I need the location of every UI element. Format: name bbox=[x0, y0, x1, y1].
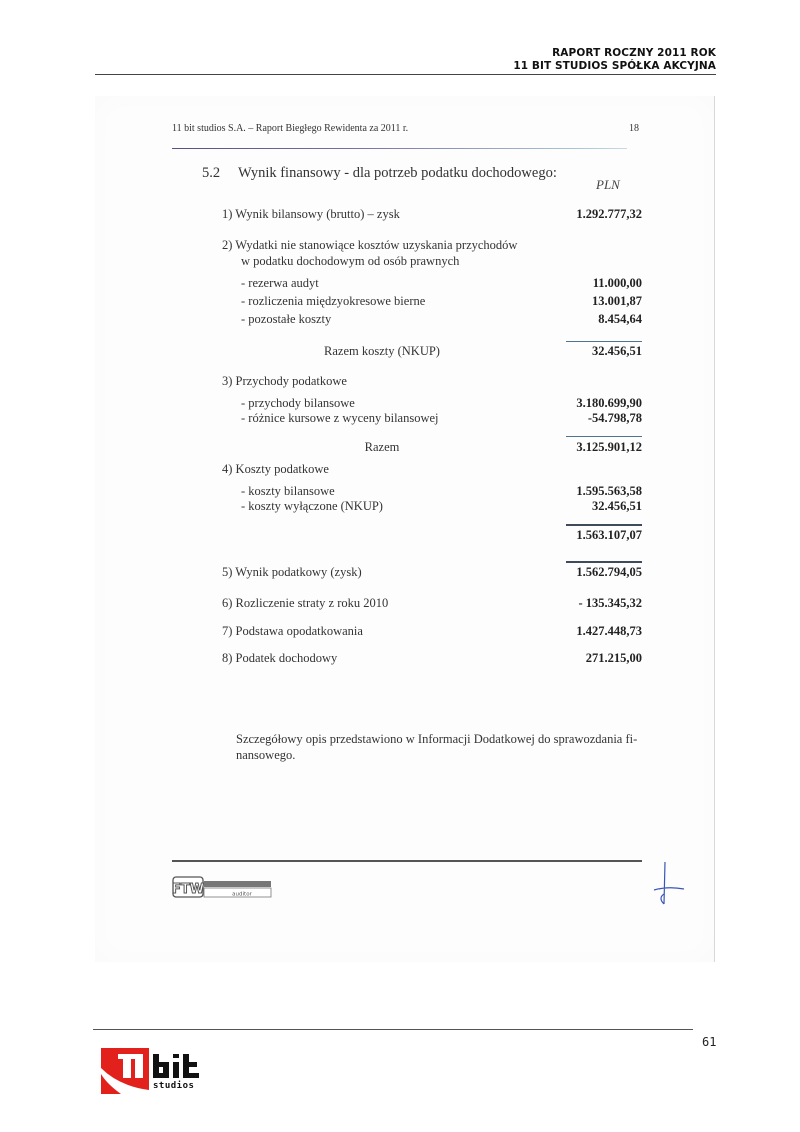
svg-text:FTW: FTW bbox=[172, 882, 204, 897]
sum-rule bbox=[566, 436, 642, 437]
section-title: Wynik finansowy - dla potrzeb podatku do… bbox=[238, 165, 557, 182]
svg-text:studios: studios bbox=[153, 1080, 194, 1091]
sum-rule bbox=[566, 341, 642, 342]
header-divider bbox=[95, 74, 716, 75]
section-number: 5.2 bbox=[202, 165, 220, 182]
sum-rule bbox=[566, 524, 642, 526]
scan-footer-divider bbox=[172, 860, 642, 862]
signature-initial bbox=[648, 860, 688, 915]
footer-divider bbox=[93, 1029, 693, 1030]
report-header: RAPORT ROCZNY 2011 ROK 11 BIT STUDIOS SP… bbox=[513, 47, 716, 73]
note-text: Szczegółowy opis przedstawiono w Informa… bbox=[236, 731, 646, 763]
sum-rule bbox=[566, 561, 642, 563]
page-number: 61 bbox=[702, 1035, 716, 1049]
currency-label: PLN bbox=[596, 177, 620, 193]
report-title: RAPORT ROCZNY 2011 ROK bbox=[513, 47, 716, 60]
scan-page-number: 18 bbox=[629, 123, 639, 134]
auditor-logo: FTW auditor bbox=[172, 874, 272, 905]
svg-text:auditor: auditor bbox=[232, 892, 252, 898]
scan-running-header: 11 bit studios S.A. – Raport Biegłego Re… bbox=[172, 123, 408, 134]
company-logo: studios bbox=[101, 1048, 221, 1099]
scan-header-divider bbox=[172, 148, 627, 149]
company-name: 11 BIT STUDIOS SPÓŁKA AKCYJNA bbox=[513, 60, 716, 73]
